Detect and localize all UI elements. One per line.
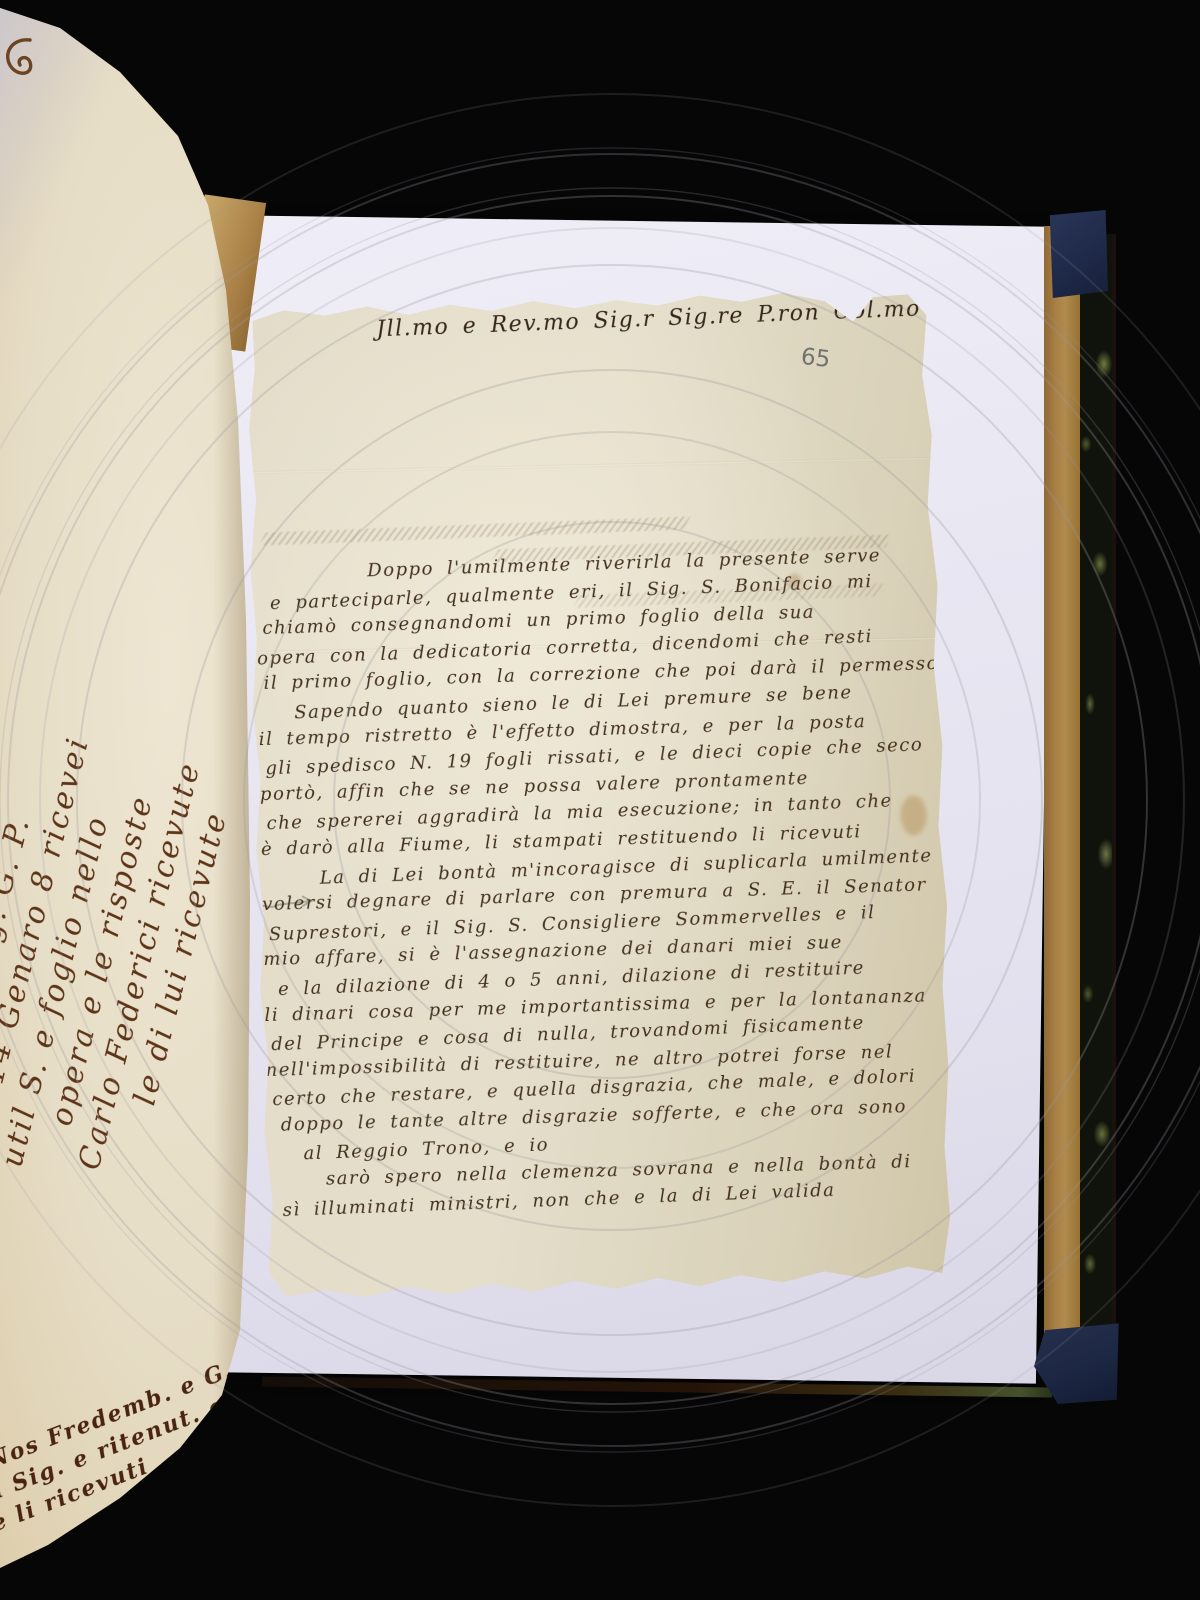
fold-crease [245, 457, 939, 475]
show-through-marks [259, 516, 691, 545]
marbled-cover-edge [1080, 234, 1116, 1364]
folio-number: 65 [800, 344, 832, 373]
page-block-edge [1044, 226, 1082, 1378]
letter-body: Doppo l'umilmente riverirla la presente … [255, 543, 947, 1219]
ink-flourish-icon [0, 34, 52, 94]
binding-corner-top [1048, 210, 1108, 298]
manuscript-photo: Es. Al. Di. Sig. G. P. Li 14 Genaro 8 ri… [0, 0, 1200, 1600]
letter-page: Jll.mo e Rev.mo Sig.r Sig.re P.ron Col.m… [242, 285, 957, 1301]
